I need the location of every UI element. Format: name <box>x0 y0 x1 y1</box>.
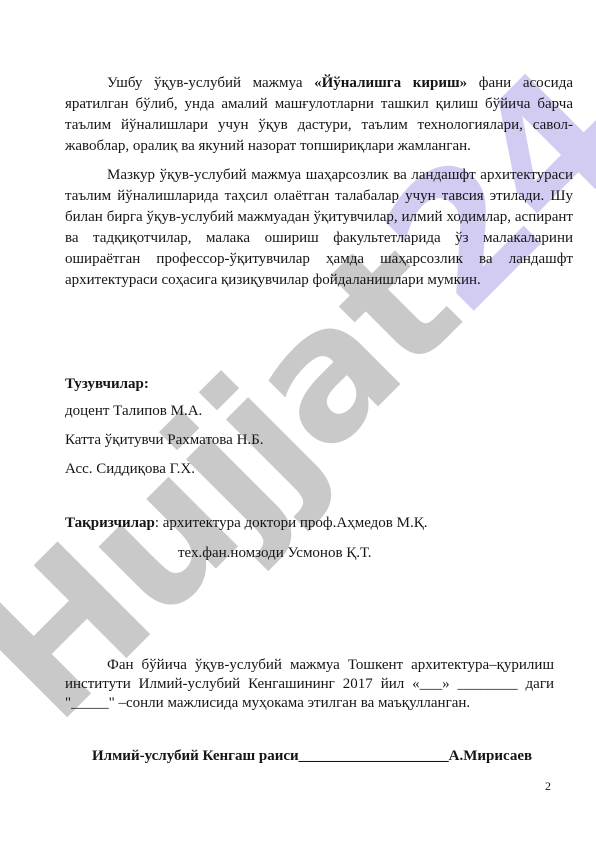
document-page: Hujjat24 Ушбу ўқув-услубий мажмуа «Йўнал… <box>0 0 596 842</box>
course-title-bold: «Йўналишга кириш» <box>314 75 467 91</box>
compiler-item: доцент Талипов М.А. <box>65 403 202 420</box>
signature-line: Илмий-услубий Кенгаш раиси______________… <box>92 748 532 765</box>
reviewer-2: тех.фан.номзоди Усмонов Қ.Т. <box>178 545 371 562</box>
reviewer-1: : архитектура доктори проф.Аҳмедов М.Қ. <box>155 515 428 531</box>
intro-paragraph: Ушбу ўқув-услубий мажмуа «Йўналишга кири… <box>65 73 573 157</box>
page-number: 2 <box>545 779 551 794</box>
approval-paragraph: Фан бўйича ўқув-услубий мажмуа Тошкент а… <box>65 656 554 713</box>
compiler-item: Асс. Сиддиқова Г.Х. <box>65 461 195 478</box>
audience-paragraph: Мазкур ўқув-услубий мажмуа шаҳарсозлик в… <box>65 165 573 291</box>
reviewers-label: Тақризчилар <box>65 515 155 531</box>
compilers-heading: Тузувчилар: <box>65 376 149 393</box>
reviewers-line: Тақризчилар: архитектура доктори проф.Аҳ… <box>65 515 427 532</box>
intro-text-before: Ушбу ўқув-услубий мажмуа <box>107 75 314 91</box>
compiler-item: Катта ўқитувчи Рахматова Н.Б. <box>65 432 264 449</box>
